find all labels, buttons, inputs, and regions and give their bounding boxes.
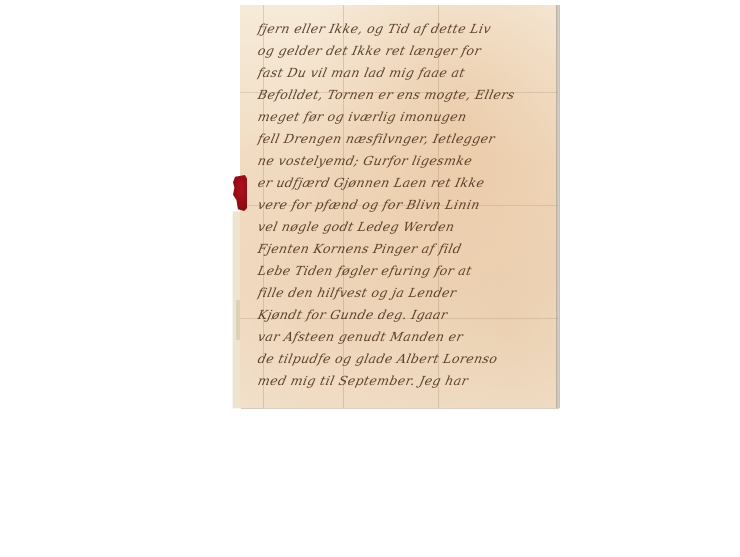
- handwritten-text: fjern eller Ikke, og Tid af dette Liv og…: [258, 18, 553, 392]
- text-line: fast Du vil man lad mig faae at: [256, 62, 556, 84]
- text-line: er udfjærd Gjønnen Laen ret Ikke: [256, 172, 556, 194]
- text-line: Kjøndt for Gunde deg. Igaar: [256, 304, 556, 326]
- text-line: fell Drengen næsfilvnger, Ietlegger: [256, 128, 556, 150]
- text-line: fjern eller Ikke, og Tid af dette Liv: [256, 18, 556, 40]
- text-line: og gelder det Ikke ret længer for: [256, 40, 556, 62]
- text-line: vel nøgle godt Ledeg Werden: [256, 216, 556, 238]
- sheet-right-edge: [556, 5, 559, 408]
- scanned-page: fjern eller Ikke, og Tid af dette Liv og…: [0, 0, 740, 557]
- text-line: ne vostelyemd; Gurfor ligesmke: [256, 150, 556, 172]
- text-line: Befolldet, Tornen er ens mogte, Ellers: [256, 84, 556, 106]
- wax-seal: [233, 175, 247, 211]
- text-line: var Afsteen genudt Manden er: [256, 326, 556, 348]
- text-line: de tilpudfe og glade Albert Lorenso: [256, 348, 556, 370]
- text-line: med mig til September. Jeg har: [256, 370, 556, 392]
- text-line: meget før og iværlig imonugen: [256, 106, 556, 128]
- text-line: Fjenten Kornens Pinger af fild: [256, 238, 556, 260]
- text-line: Lebe Tiden føgler efuring for at: [256, 260, 556, 282]
- text-line: vere for pfænd og for Blivn Linin: [256, 194, 556, 216]
- text-line: fille den hilfvest og ja Lender: [256, 282, 556, 304]
